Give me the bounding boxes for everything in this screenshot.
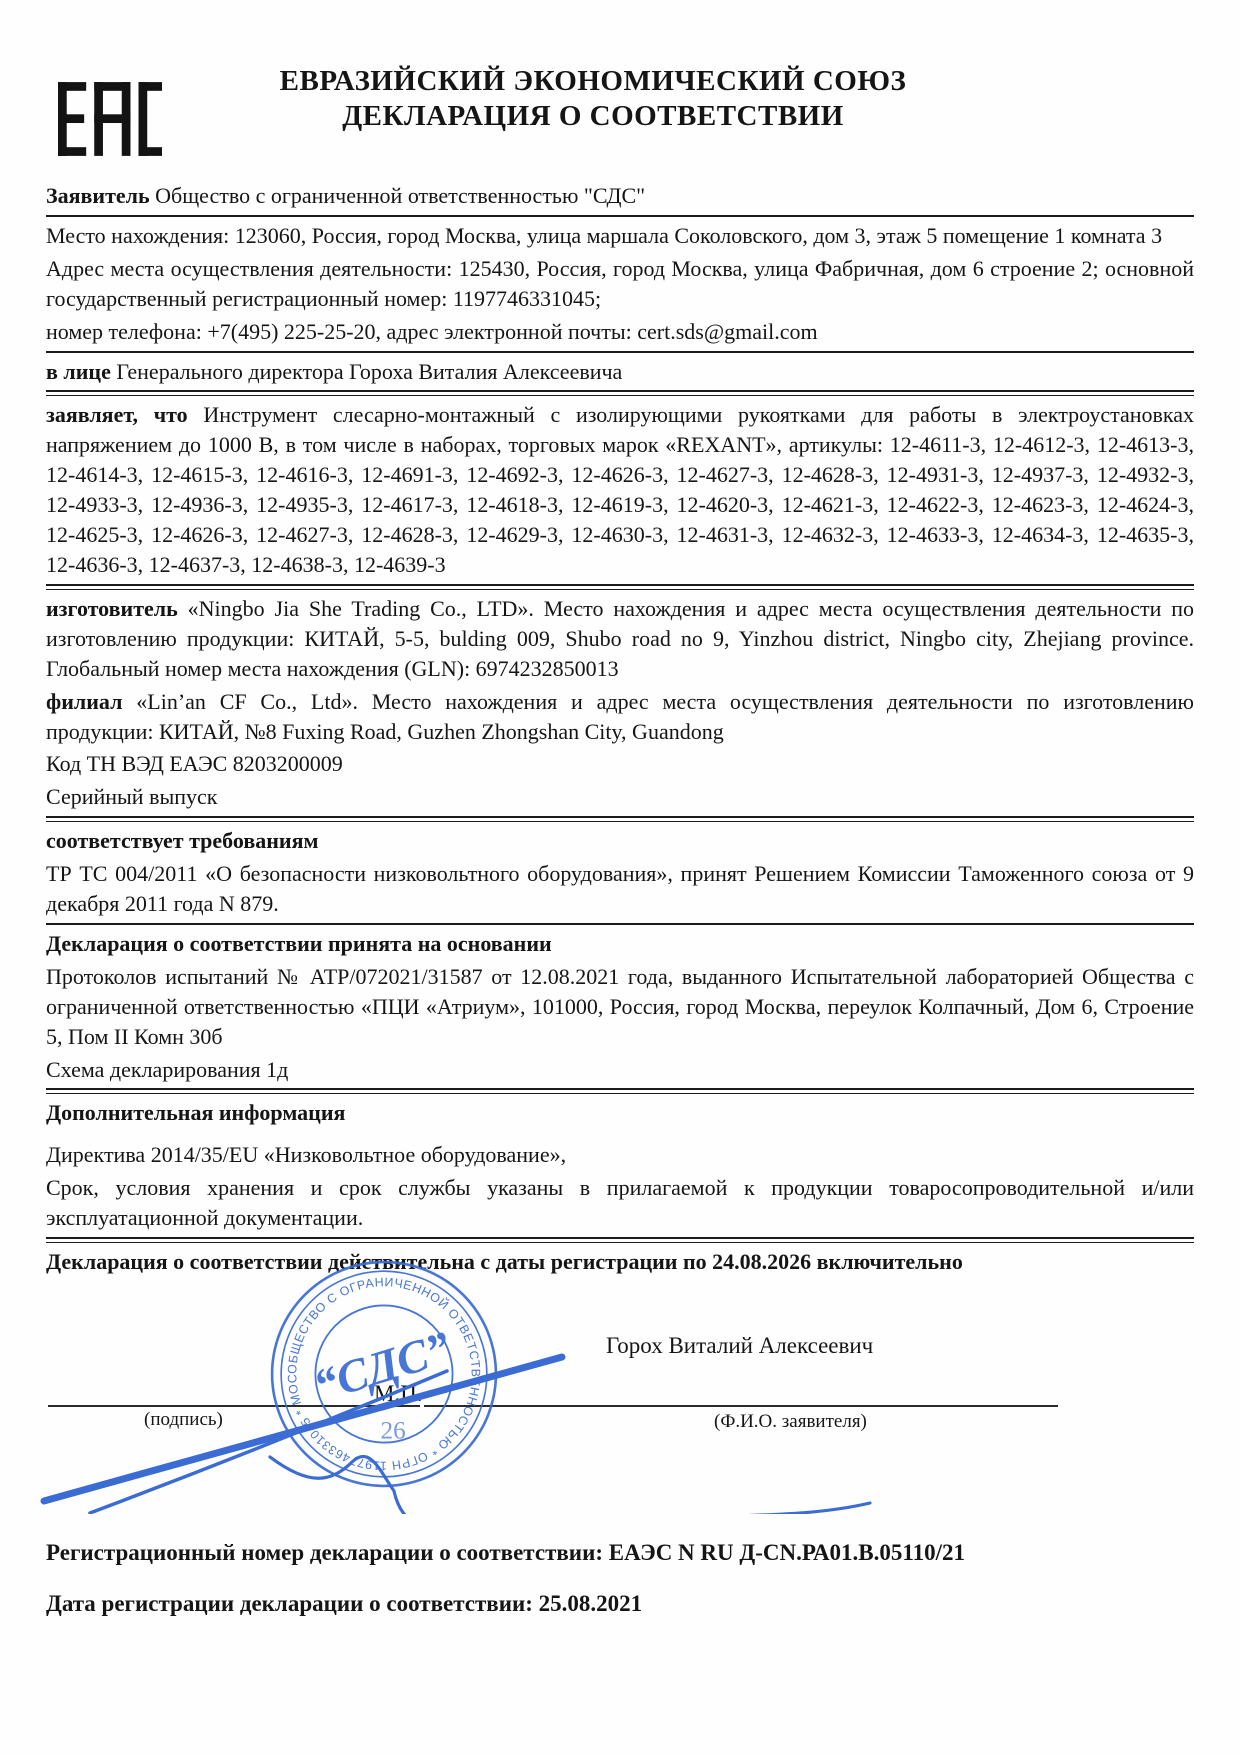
applicant-row: Заявитель Общество с ограниченной ответс… — [46, 181, 1194, 211]
basis-heading: Декларация о соответствии принята на осн… — [46, 929, 1194, 959]
additional-line1: Директива 2014/35/EU «Низковольтное обор… — [46, 1140, 1194, 1170]
scheme-row: Схема декларирования 1д — [46, 1055, 1194, 1085]
separator — [46, 215, 1194, 217]
applicant-label: Заявитель — [46, 183, 150, 208]
validity-row: Декларация о соответствии действительна … — [46, 1247, 1194, 1277]
registration-footer: Регистрационный номер декларации о соотв… — [46, 1537, 1194, 1620]
activity-address-row: Адрес места осуществления деятельности: … — [46, 254, 1194, 314]
eac-mark-icon — [58, 60, 162, 178]
complies-heading: соответствует требованиям — [46, 826, 1194, 856]
separator — [46, 923, 1194, 925]
serial-issue-row: Серийный выпуск — [46, 782, 1194, 812]
represented-label: в лице — [46, 359, 111, 384]
applicant-value: Общество с ограниченной ответственностью… — [155, 183, 645, 208]
title-union: ЕВРАЗИЙСКИЙ ЭКОНОМИЧЕСКИЙ СОЮЗ — [162, 64, 1024, 99]
document-title: ЕВРАЗИЙСКИЙ ЭКОНОМИЧЕСКИЙ СОЮЗ ДЕКЛАРАЦИ… — [162, 64, 1024, 135]
declares-label: заявляет, что — [46, 402, 188, 427]
separator — [46, 1237, 1194, 1243]
represented-row: в лице Генерального директора Гороха Вит… — [46, 357, 1194, 387]
separator — [46, 1088, 1194, 1094]
declares-value: Инструмент слесарно-монтажный с изолирую… — [46, 402, 1194, 577]
declaration-document: ЕВРАЗИЙСКИЙ ЭКОНОМИЧЕСКИЙ СОЮЗ ДЕКЛАРАЦИ… — [0, 0, 1240, 1755]
basis-text: Протоколов испытаний № АТР/072021/31587 … — [46, 962, 1194, 1052]
manufacturer-value: «Ningbo Jia She Trading Co., LTD». Место… — [46, 596, 1194, 681]
branch-label: филиал — [46, 689, 122, 714]
document-header: ЕВРАЗИЙСКИЙ ЭКОНОМИЧЕСКИЙ СОЮЗ ДЕКЛАРАЦИ… — [46, 38, 1194, 178]
separator — [46, 584, 1194, 590]
separator — [46, 816, 1194, 822]
signature-ink — [32, 1299, 932, 1514]
branch-row: филиал «Lin’an CF Co., Ltd». Место нахож… — [46, 687, 1194, 747]
declares-row: заявляет, что Инструмент слесарно-монтаж… — [46, 400, 1194, 579]
signature-block: (подпись) Горох Виталий Алексеевич (Ф.И.… — [46, 1285, 1194, 1537]
complies-text: ТР ТС 004/2011 «О безопасности низковоль… — [46, 859, 1194, 919]
additional-line2: Срок, условия хранения и срок службы ука… — [46, 1173, 1194, 1233]
title-declaration: ДЕКЛАРАЦИЯ О СООТВЕТСТВИИ — [162, 99, 1024, 134]
tn-ved-row: Код ТН ВЭД ЕАЭС 8203200009 — [46, 749, 1194, 779]
registration-number-row: Регистрационный номер декларации о соотв… — [46, 1537, 1194, 1568]
manufacturer-row: изготовитель «Ningbo Jia She Trading Co.… — [46, 594, 1194, 684]
manufacturer-label: изготовитель — [46, 596, 178, 621]
separator — [46, 390, 1194, 396]
registration-date-row: Дата регистрации декларации о соответств… — [46, 1588, 1194, 1619]
represented-value: Генерального директора Гороха Виталия Ал… — [116, 359, 622, 384]
additional-heading: Дополнительная информация — [46, 1098, 1194, 1128]
phone-email-row: номер телефона: +7(495) 225-25-20, адрес… — [46, 317, 1194, 347]
separator — [46, 351, 1194, 353]
branch-value: «Lin’an CF Co., Ltd». Место нахождения и… — [46, 689, 1194, 744]
location-row: Место нахождения: 123060, Россия, город … — [46, 221, 1194, 251]
